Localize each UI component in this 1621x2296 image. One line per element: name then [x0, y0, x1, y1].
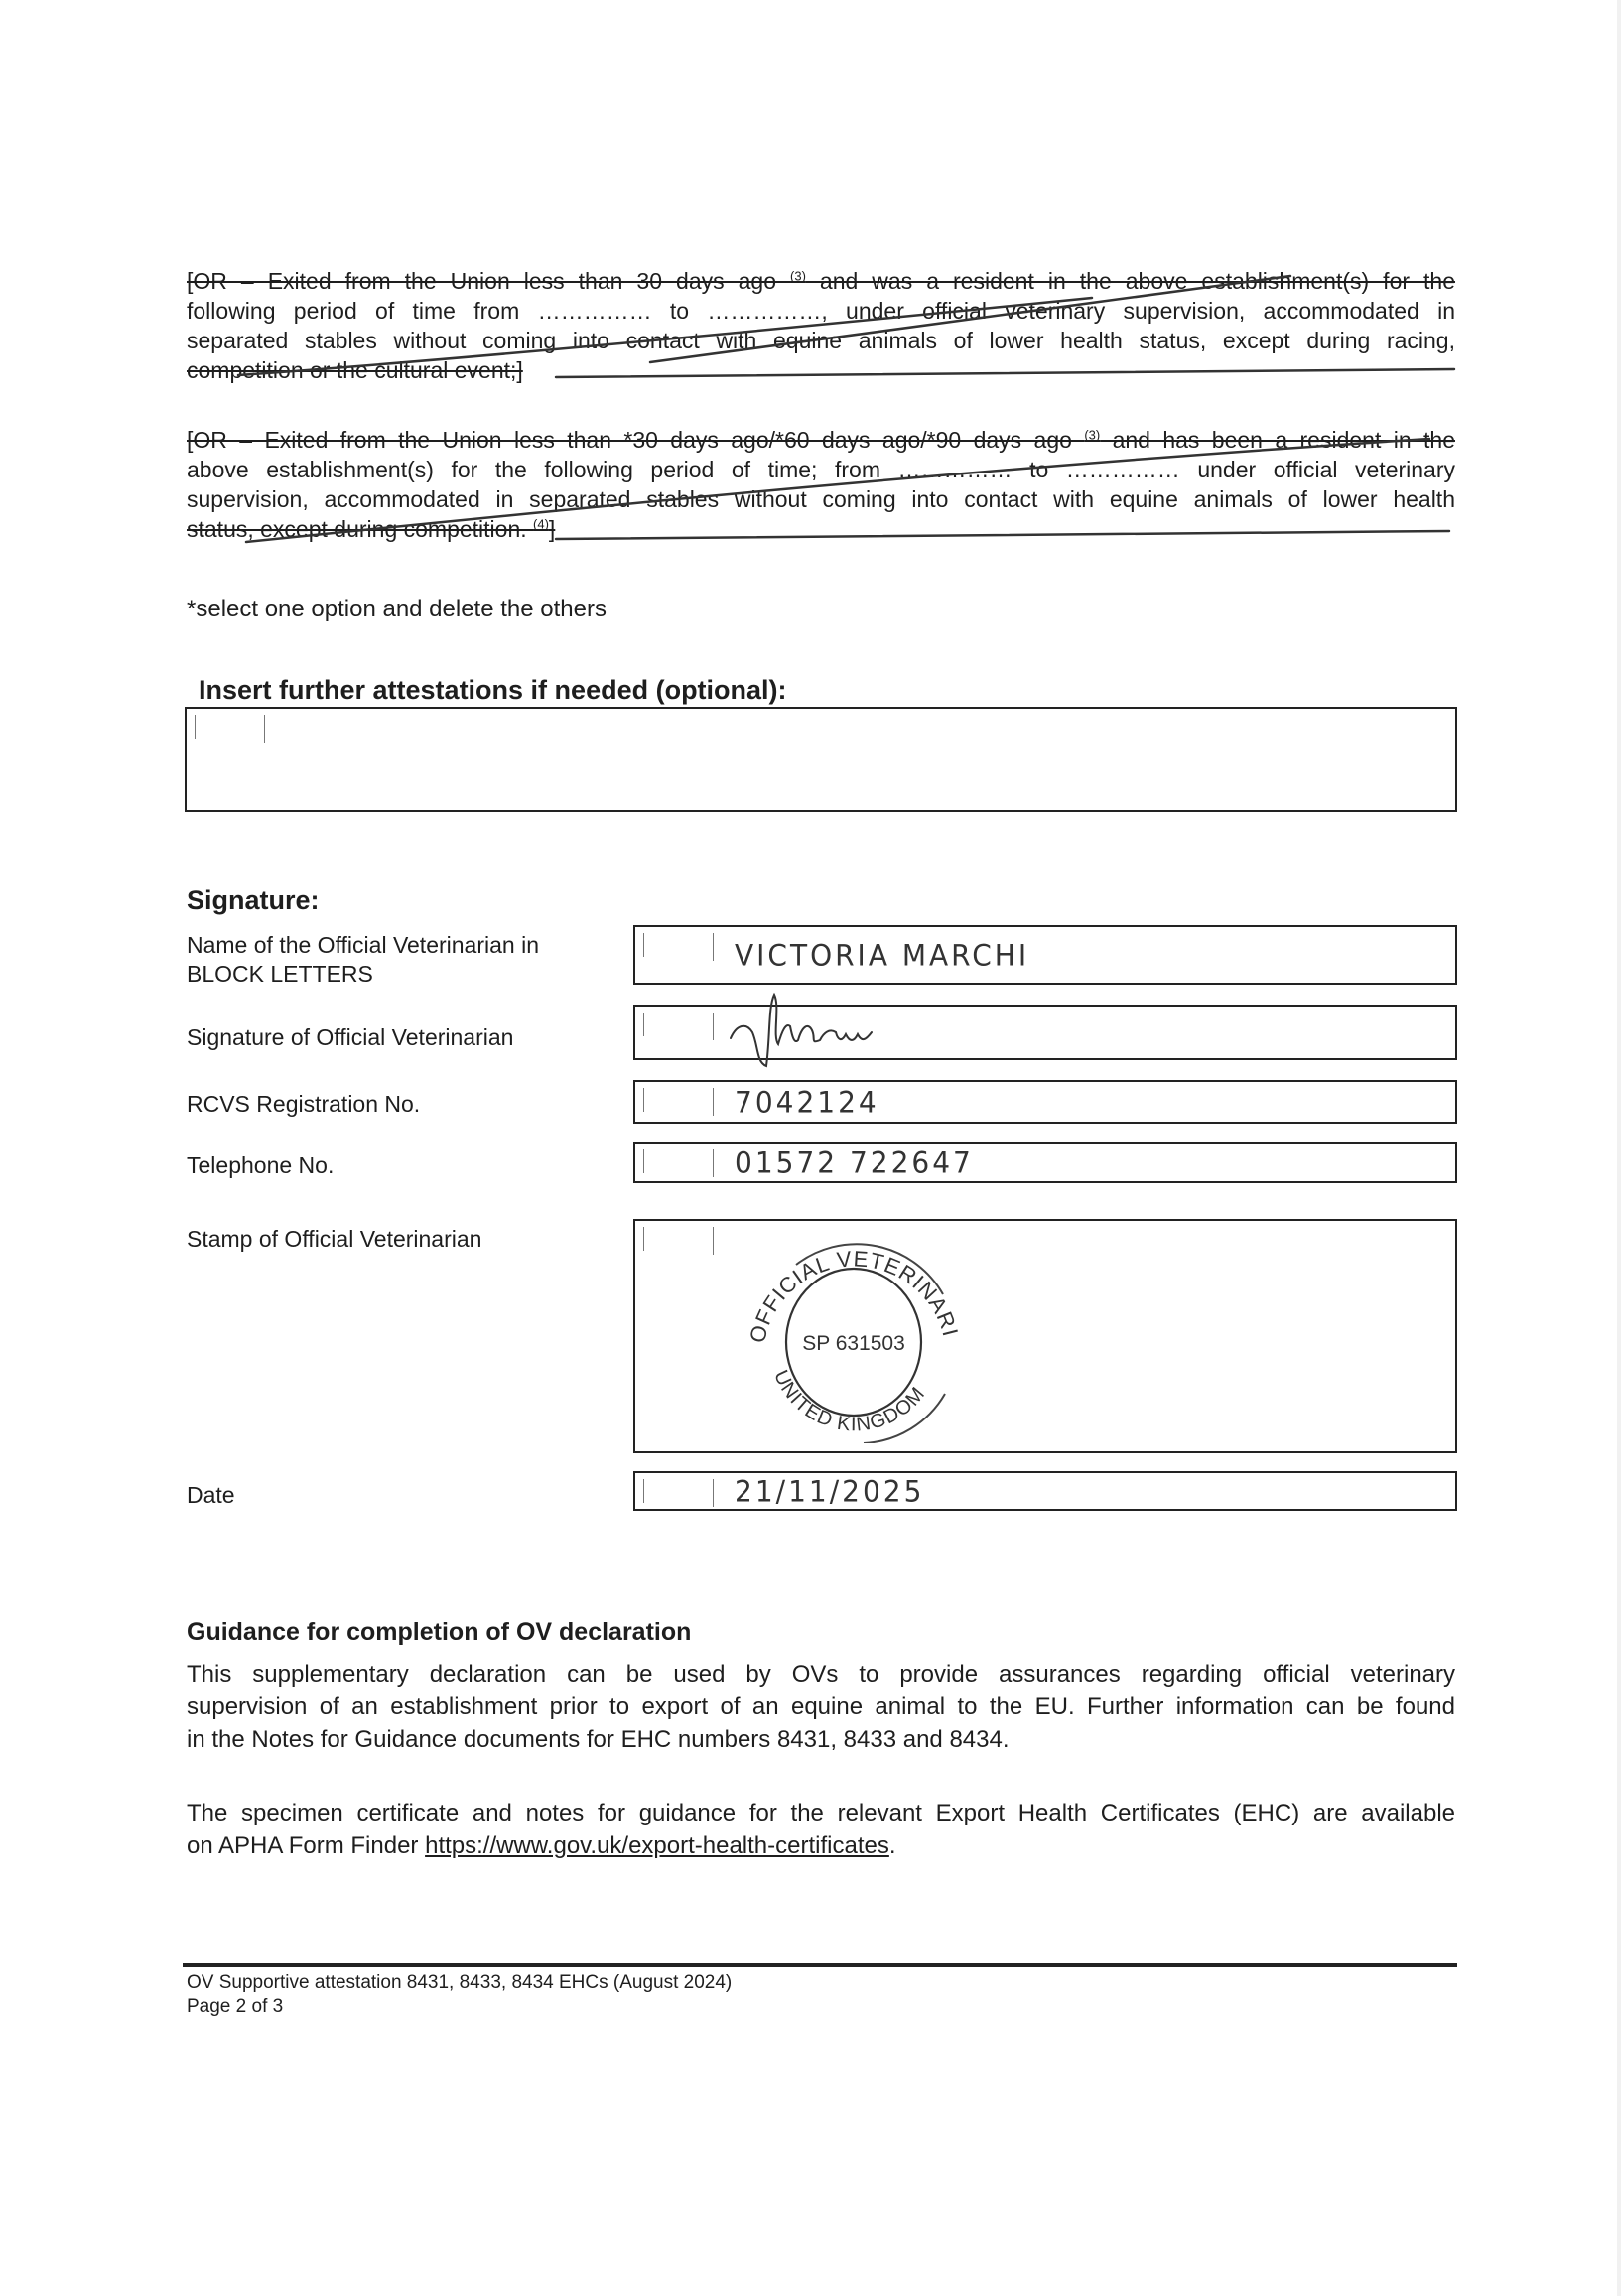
svg-text:SP 631503: SP 631503 — [802, 1332, 905, 1355]
option-b-paragraph: [OR – Exited from the Union less than *3… — [187, 425, 1455, 544]
page-edge — [1617, 0, 1621, 2296]
field-marker — [643, 1088, 644, 1112]
field-marker — [643, 1013, 644, 1036]
name-value: VICTORIA MARCHI — [735, 938, 1029, 973]
signature-field[interactable]: VMarchi — [633, 1005, 1457, 1060]
date-label: Date — [187, 1481, 235, 1510]
field-marker — [713, 1227, 714, 1255]
option-a-line-4: competition or the cultural event;] — [187, 355, 1455, 385]
handwritten-signature-icon — [723, 987, 941, 1076]
guidance-paragraph-2: The specimen certificate and notes for g… — [187, 1797, 1455, 1862]
guidance-paragraph-1: This supplementary declaration can be us… — [187, 1658, 1455, 1756]
field-marker — [643, 1479, 644, 1503]
name-label: Name of the Official Veterinarian in BLO… — [187, 931, 539, 989]
stamp-field[interactable]: OFFICIAL VETERINARIAN UNITED KINGDOM SP … — [633, 1219, 1457, 1453]
field-marker — [713, 1088, 714, 1116]
footer-document-title: OV Supportive attestation 8431, 8433, 84… — [187, 1971, 732, 1995]
export-health-certificates-link[interactable]: https://www.gov.uk/export-health-certifi… — [425, 1832, 889, 1859]
further-attestations-input[interactable] — [185, 707, 1457, 812]
page-footer: OV Supportive attestation 8431, 8433, 84… — [187, 1971, 732, 2019]
option-b-line-2: above establishment(s) for the following… — [187, 455, 1455, 484]
rcvs-label: RCVS Registration No. — [187, 1090, 420, 1119]
field-marker — [264, 715, 265, 743]
field-marker — [713, 1149, 714, 1177]
official-veterinarian-stamp-icon: OFFICIAL VETERINARIAN UNITED KINGDOM SP … — [735, 1225, 973, 1443]
date-value: 21/11/2025 — [735, 1474, 924, 1509]
svg-text:UNITED KINGDOM: UNITED KINGDOM — [769, 1367, 929, 1436]
signature-label: Signature of Official Veterinarian — [187, 1023, 513, 1052]
option-a-line-2: following period of time from …………… to …… — [187, 296, 1455, 326]
option-b-line-4: status, except during competition. (4)] — [187, 514, 1455, 544]
further-attestations-heading: Insert further attestations if needed (o… — [199, 675, 787, 706]
field-marker — [713, 1479, 714, 1507]
name-field[interactable]: VICTORIA MARCHI — [633, 925, 1457, 985]
field-marker — [713, 1013, 714, 1040]
field-marker — [643, 933, 644, 957]
svg-text:OFFICIAL VETERINARIAN: OFFICIAL VETERINARIAN — [735, 1225, 963, 1345]
option-b-line-1: [OR – Exited from the Union less than *3… — [187, 425, 1455, 455]
option-a-paragraph: [OR – Exited from the Union less than 30… — [187, 266, 1455, 385]
rcvs-value: 7042124 — [735, 1085, 879, 1120]
field-marker — [643, 1227, 644, 1251]
telephone-field[interactable]: 01572 722647 — [633, 1142, 1457, 1183]
option-a-line-3: separated stables without coming into co… — [187, 326, 1455, 355]
stamp-label: Stamp of Official Veterinarian — [187, 1225, 481, 1254]
signature-heading: Signature: — [187, 885, 320, 916]
rcvs-field[interactable]: 7042124 — [633, 1080, 1457, 1124]
telephone-value: 01572 722647 — [735, 1146, 974, 1180]
guidance-heading: Guidance for completion of OV declaratio… — [187, 1618, 691, 1647]
footer-divider — [183, 1963, 1457, 1967]
option-a-line-1: [OR – Exited from the Union less than 30… — [187, 266, 1455, 296]
select-note: *select one option and delete the others — [187, 596, 607, 623]
telephone-label: Telephone No. — [187, 1151, 334, 1180]
option-b-line-3: supervision, accommodated in separated s… — [187, 484, 1455, 514]
footer-page-number: Page 2 of 3 — [187, 1995, 732, 2019]
field-marker — [643, 1149, 644, 1173]
field-marker — [713, 933, 714, 961]
field-marker — [195, 715, 196, 739]
date-field[interactable]: 21/11/2025 — [633, 1471, 1457, 1511]
